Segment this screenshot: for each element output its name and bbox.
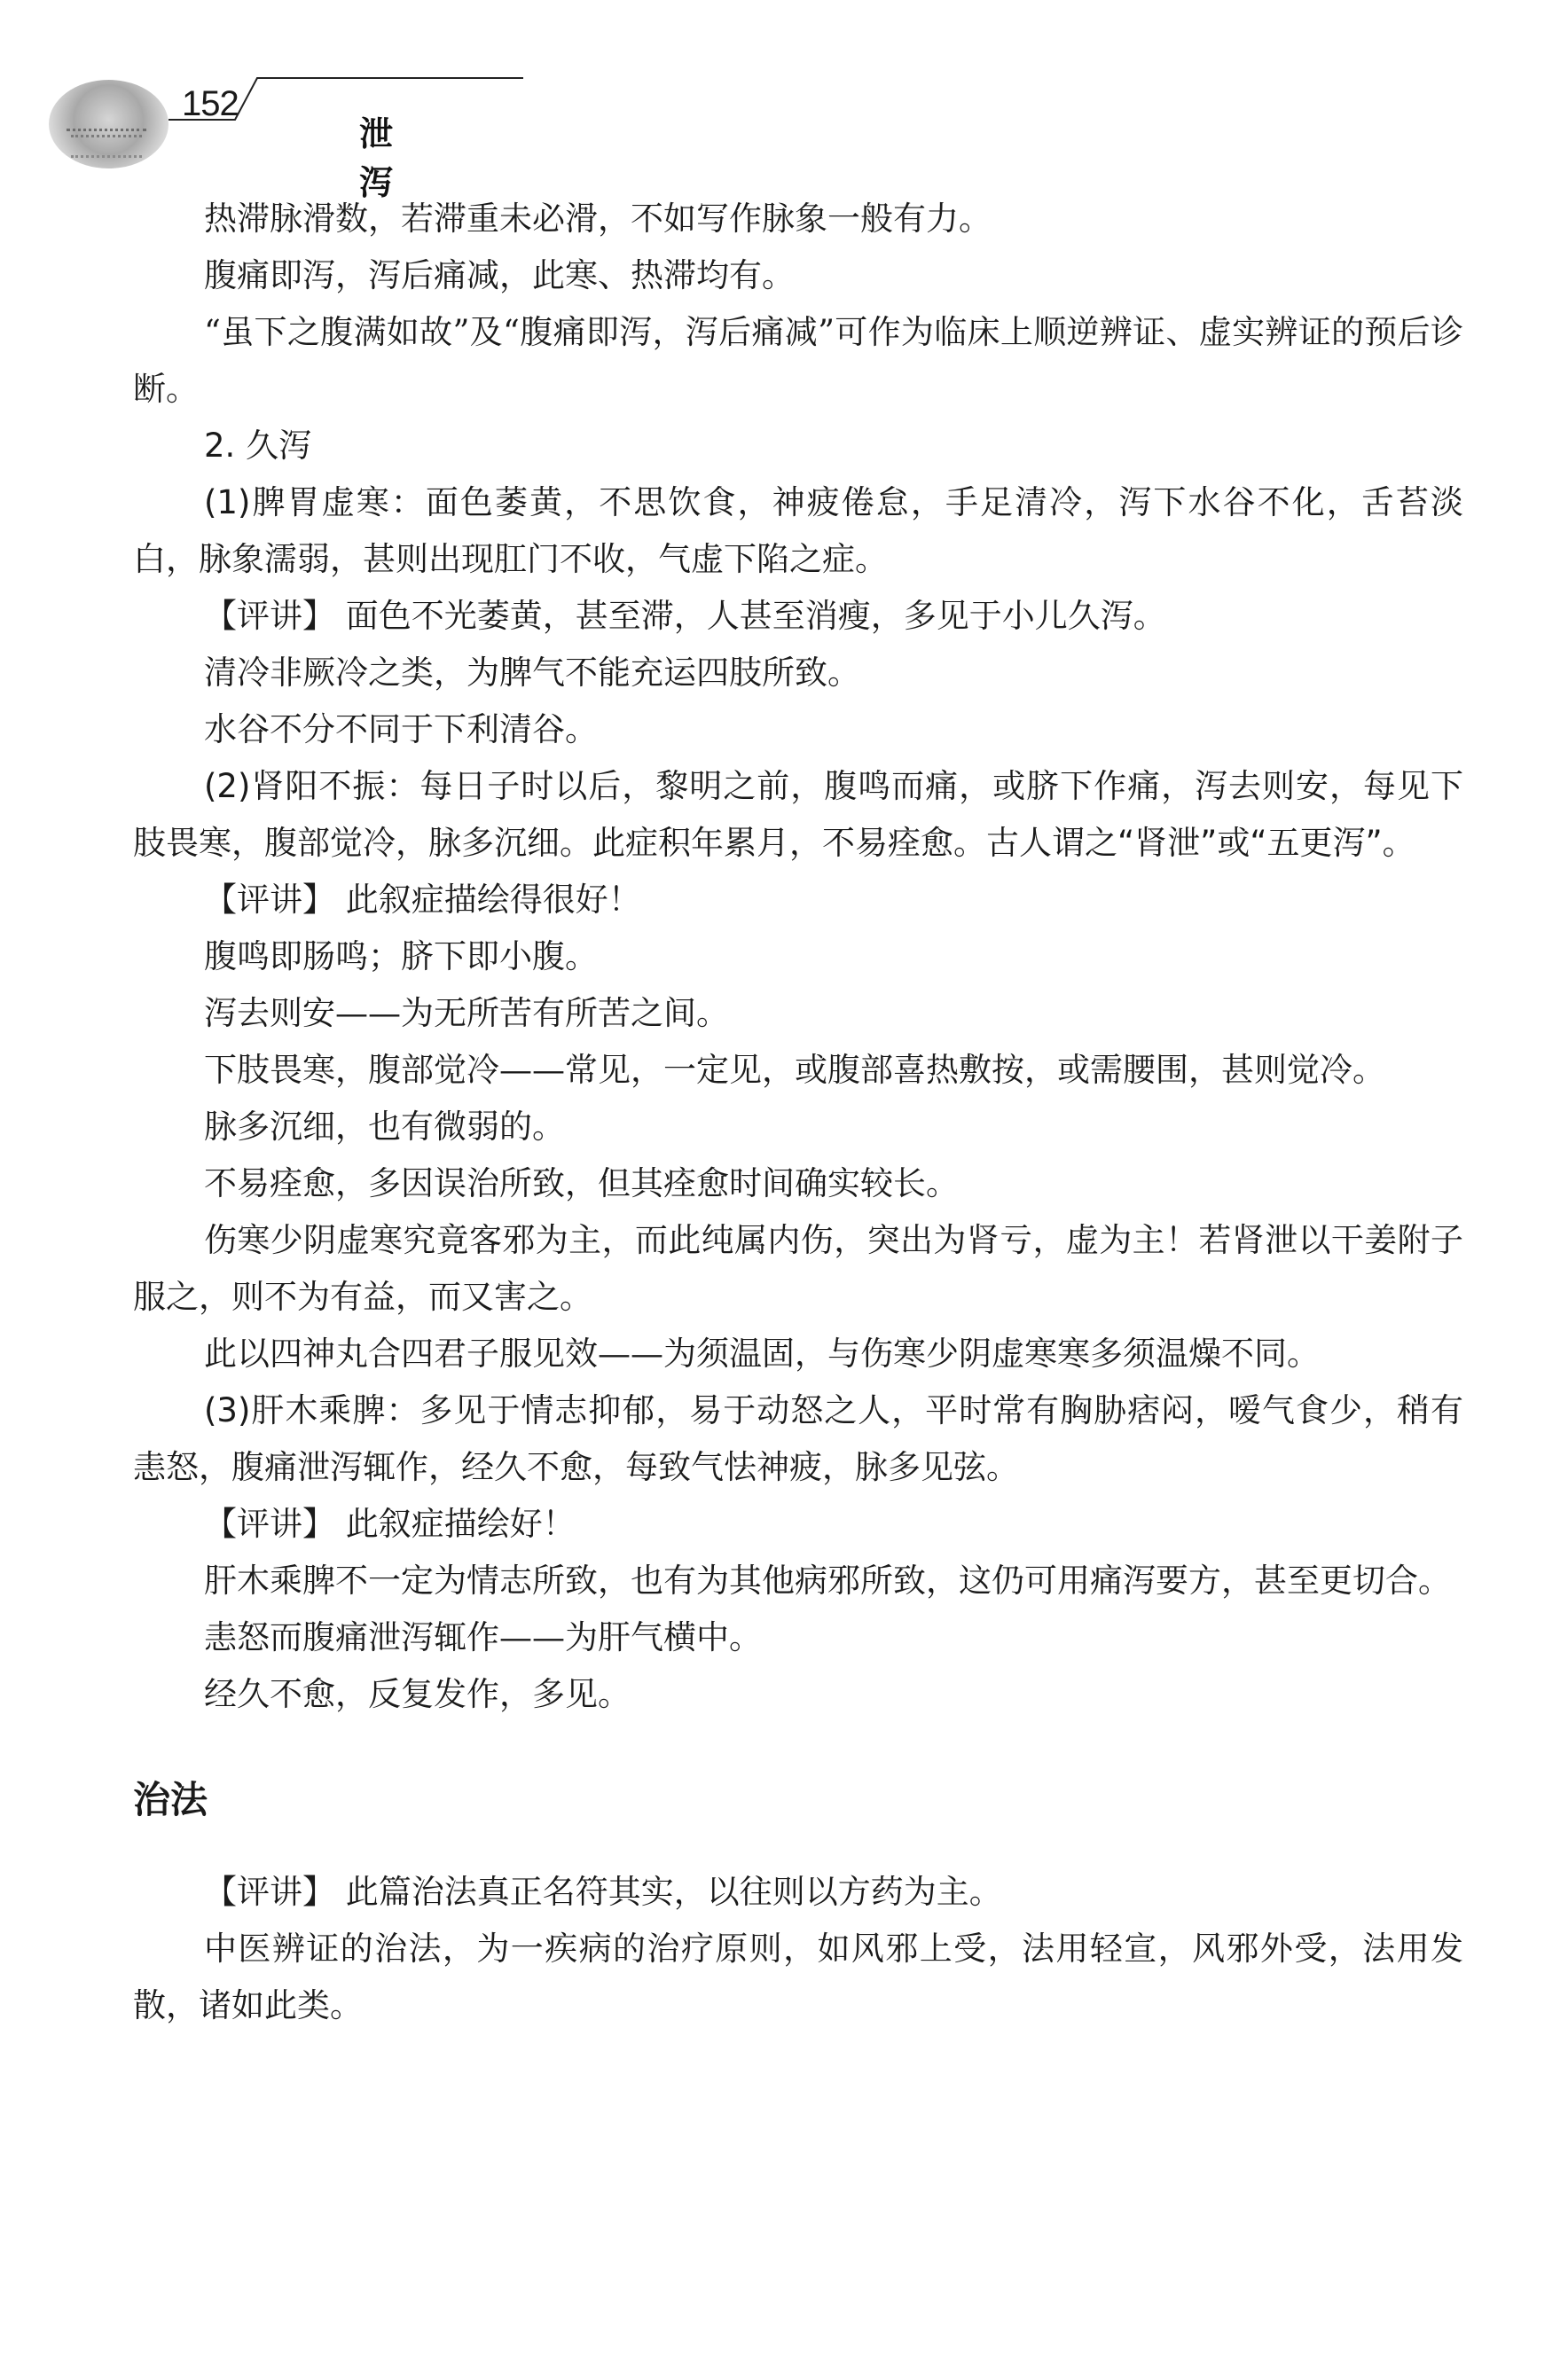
running-title: 泄泻 [359,106,510,204]
symptom-paragraph: (1)脾胃虚寒：面色萎黄，不思饮食，神疲倦怠，手足清冷，泻下水谷不化，舌苔淡白，… [133,474,1463,588]
paragraph: 下肢畏寒，腹部觉冷——常见，一定见，或腹部喜热敷按，或需腰围，甚则觉冷。 [133,1042,1463,1099]
page-number: 152 [182,84,239,124]
commentary-paragraph: 【评讲】 此叙症描绘得很好！ [133,872,1463,928]
paragraph: 腹鸣即肠鸣；脐下即小腹。 [133,928,1463,985]
paragraph: 腹痛即泻，泻后痛减，此寒、热滞均有。 [133,247,1463,304]
paragraph: 热滞脉滑数，若滞重未必滑，不如写作脉象一般有力。 [133,191,1463,247]
paragraph: 肝木乘脾不一定为情志所致，也有为其他病邪所致，这仍可用痛泻要方，甚至更切合。 [133,1553,1463,1609]
commentary-paragraph: 【评讲】 面色不光萎黄，甚至滞，人甚至消瘦，多见于小儿久泻。 [133,588,1463,645]
paragraph: 中医辨证的治法，为一疾病的治疗原则，如风邪上受，法用轻宣，风邪外受，法用发散，诸… [133,1921,1463,2034]
paragraph: 不易痊愈，多因误治所致，但其痊愈时间确实较长。 [133,1155,1463,1212]
symptom-paragraph: (2)肾阳不振：每日子时以后，黎明之前，腹鸣而痛，或脐下作痛，泻去则安，每见下肢… [133,758,1463,872]
paragraph: 泻去则安——为无所苦有所苦之间。 [133,985,1463,1042]
paragraph: 恚怒而腹痛泄泻辄作——为肝气横中。 [133,1609,1463,1666]
commentary-paragraph: 【评讲】 此篇治法真正名符其实，以往则以方药为主。 [133,1864,1463,1921]
paragraph: 此以四神丸合四君子服见效——为须温固，与伤寒少阴虚寒寒多须温燥不同。 [133,1326,1463,1382]
subsection-heading: 2. 久泻 [133,418,1463,474]
commentary-paragraph: 【评讲】 此叙症描绘好！ [133,1496,1463,1553]
paragraph: 经久不愈，反复发作，多见。 [133,1666,1463,1723]
paragraph: 伤寒少阴虚寒究竟客邪为主，而此纯属内伤，突出为肾亏，虚为主！若肾泄以干姜附子服之… [133,1212,1463,1326]
landscape-emblem-icon [49,80,169,168]
paragraph: 脉多沉细，也有微弱的。 [133,1099,1463,1155]
paragraph: “虽下之腹满如故”及“腹痛即泻，泻后痛减”可作为临床上顺逆辨证、虚实辨证的预后诊… [133,304,1463,418]
page-body: 热滞脉滑数，若滞重未必滑，不如写作脉象一般有力。 腹痛即泻，泻后痛减，此寒、热滞… [133,191,1463,2034]
section-heading: 治法 [133,1772,1463,1828]
paragraph: 清冷非厥冷之类，为脾气不能充运四肢所致。 [133,645,1463,701]
symptom-paragraph: (3)肝木乘脾：多见于情志抑郁，易于动怒之人，平时常有胸胁痞闷，嗳气食少，稍有恚… [133,1382,1463,1496]
paragraph: 水谷不分不同于下利清谷。 [133,701,1463,758]
page-header: 152 泄泻 [49,71,510,168]
